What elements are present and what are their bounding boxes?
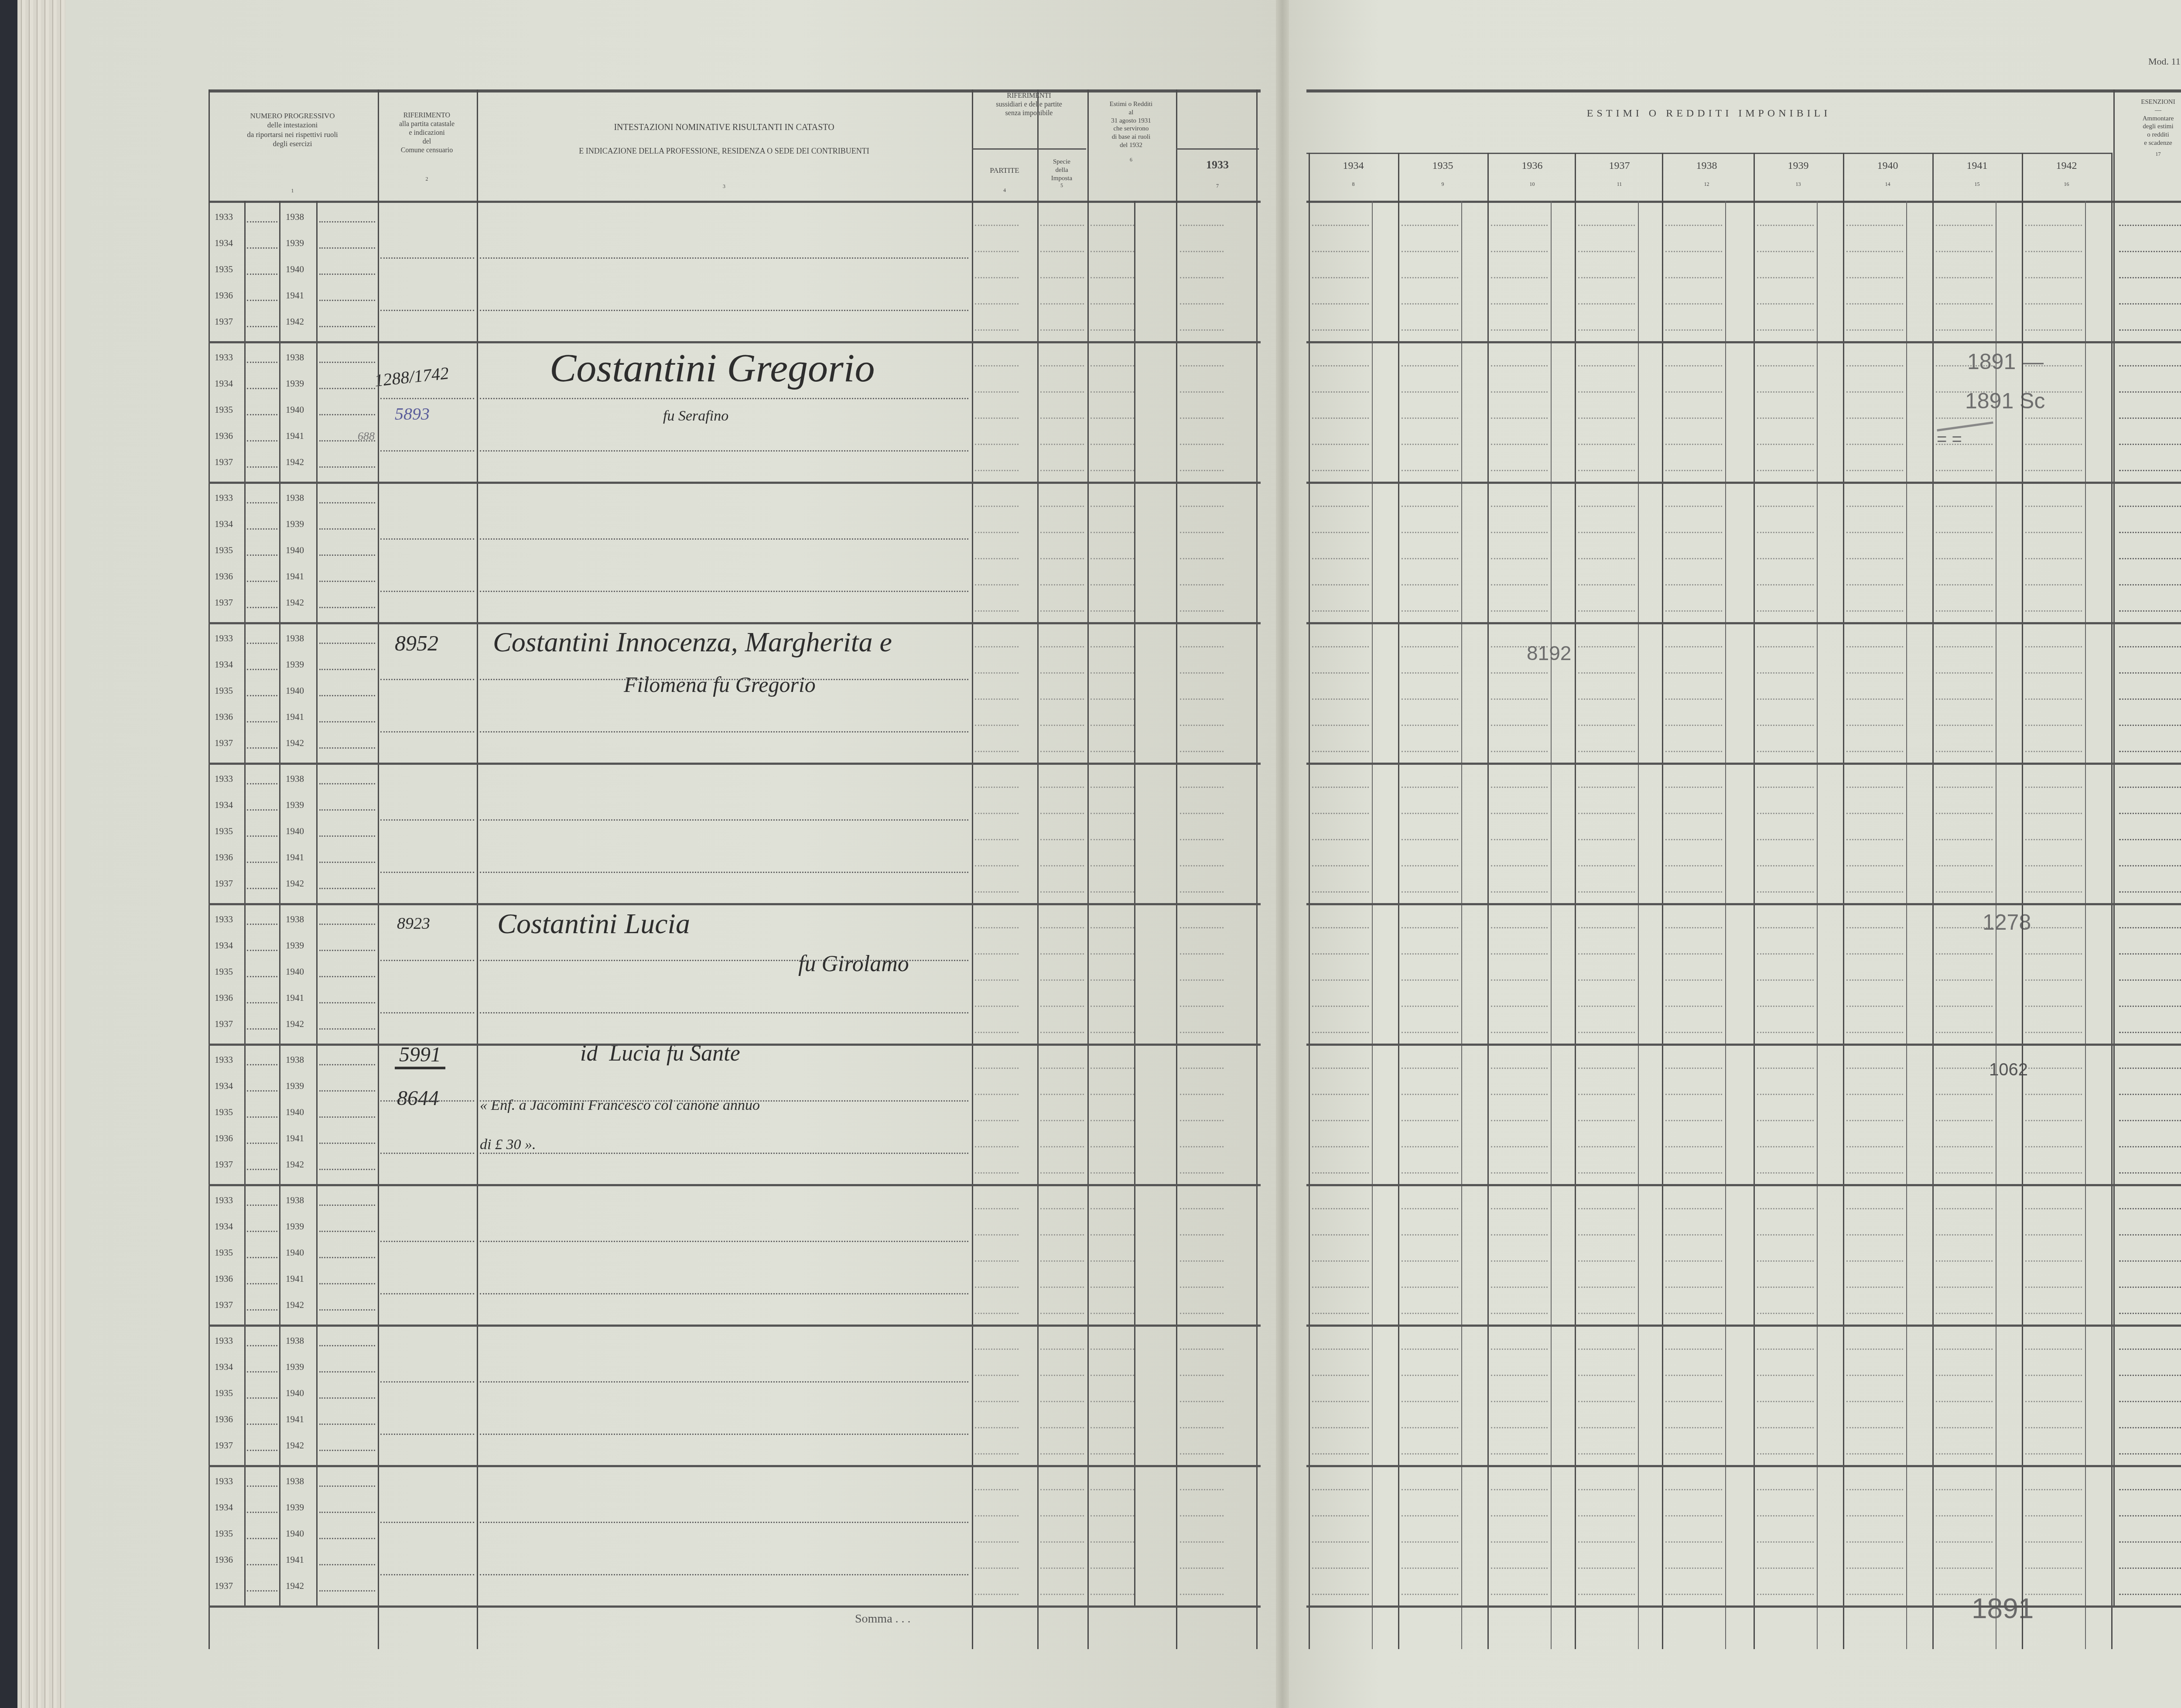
- esenzioni-dotted-line: [2119, 1068, 2181, 1069]
- value-dotted-line: [1491, 1375, 1548, 1376]
- value-dotted-line: [1312, 444, 1369, 445]
- year-label-second: 1942: [286, 457, 304, 468]
- left-value-dotted-line: [1090, 1313, 1134, 1314]
- value-dotted-line: [1578, 444, 1635, 445]
- value-dotted-line: [2025, 725, 2082, 726]
- value-dotted-line: [2025, 277, 2082, 278]
- left-value-dotted-line: [1040, 277, 1084, 278]
- left-value-dotted-line: [1180, 927, 1224, 928]
- value-dotted-line: [1936, 813, 1993, 814]
- left-value-dotted-line: [1040, 839, 1084, 840]
- left-value-dotted-line: [1090, 365, 1134, 366]
- value-dotted-line: [1578, 1515, 1635, 1516]
- entry-2-1941-value: 1891 —: [1967, 349, 2044, 374]
- year-dotted-leader: [247, 326, 277, 327]
- entry-7-name-line3: di £ 30 ».: [480, 1136, 536, 1153]
- esenzioni-dotted-line: [2119, 391, 2181, 393]
- column-number: 12: [1662, 181, 1751, 188]
- value-dotted-line: [2025, 1349, 2082, 1350]
- value-dotted-line: [1936, 558, 1993, 559]
- left-value-dotted-line: [1040, 953, 1084, 955]
- year-dotted-leader: [247, 721, 277, 722]
- value-dotted-line: [1846, 1515, 1903, 1516]
- value-dotted-line: [1665, 927, 1722, 928]
- year-dotted-leader: [247, 221, 277, 222]
- left-value-dotted-line: [1090, 1594, 1134, 1595]
- name-dotted-line: [480, 1153, 968, 1154]
- entry-7-riferimento-sub: 8644: [397, 1086, 439, 1110]
- year-label-second: 1939: [286, 800, 304, 811]
- riferimento-dotted-line: [380, 1293, 474, 1294]
- left-value-dotted-line: [1180, 584, 1224, 585]
- value-dotted-line: [1757, 1068, 1814, 1069]
- value-dotted-line: [1936, 1032, 1993, 1033]
- value-dotted-line: [1665, 698, 1722, 700]
- right-cents-column-rule: [1817, 201, 1818, 1649]
- year-dotted-leader: [319, 747, 375, 749]
- value-dotted-line: [1757, 1427, 1814, 1428]
- left-value-dotted-line: [1040, 558, 1084, 559]
- name-dotted-line: [480, 731, 968, 732]
- value-dotted-line: [1936, 1453, 1993, 1455]
- value-dotted-line: [1757, 1094, 1814, 1095]
- left-value-dotted-line: [975, 1313, 1019, 1314]
- value-dotted-line: [1402, 329, 1458, 331]
- value-dotted-line: [1936, 787, 1993, 788]
- value-dotted-line: [1578, 1287, 1635, 1288]
- year-dotted-leader: [319, 783, 375, 784]
- year-dotted-leader: [247, 1257, 277, 1258]
- left-value-dotted-line: [1180, 1313, 1224, 1314]
- left-value-dotted-line: [1090, 787, 1134, 788]
- value-dotted-line: [1757, 1208, 1814, 1209]
- value-dotted-line: [1578, 646, 1635, 647]
- value-dotted-line: [2025, 444, 2082, 445]
- value-dotted-line: [1312, 1032, 1369, 1033]
- value-dotted-line: [1578, 953, 1635, 955]
- value-dotted-line: [1402, 1541, 1458, 1543]
- left-value-dotted-line: [975, 225, 1019, 226]
- value-dotted-line: [1846, 1094, 1903, 1095]
- left-block-separator: [209, 341, 1261, 343]
- esenzioni-dotted-line: [2119, 251, 2181, 252]
- left-value-dotted-line: [1040, 698, 1084, 700]
- value-dotted-line: [2025, 813, 2082, 814]
- value-dotted-line: [1846, 979, 1903, 981]
- value-dotted-line: [1665, 1172, 1722, 1174]
- left-value-dotted-line: [1090, 391, 1134, 393]
- left-value-dotted-line: [1180, 391, 1224, 393]
- value-dotted-line: [2025, 839, 2082, 840]
- left-column-rule: [378, 89, 379, 1649]
- riferimento-dotted-line: [380, 960, 474, 961]
- value-dotted-line: [1491, 1260, 1548, 1262]
- name-dotted-line: [480, 1522, 968, 1523]
- left-value-dotted-line: [1040, 1515, 1084, 1516]
- value-dotted-line: [1312, 979, 1369, 981]
- year-label-second: 1938: [286, 633, 304, 644]
- right-block-separator: [1306, 1044, 2181, 1046]
- left-top-border: [209, 89, 1261, 92]
- left-value-dotted-line: [1040, 891, 1084, 893]
- year-label-first: 1934: [215, 378, 233, 389]
- value-dotted-line: [1402, 365, 1458, 366]
- esenzioni-dotted-line: [2119, 1541, 2181, 1543]
- year-label-second: 1941: [286, 852, 304, 863]
- entry-2-name-line2: fu Serafino: [663, 408, 728, 424]
- left-value-dotted-line: [975, 698, 1019, 700]
- value-dotted-line: [1665, 1208, 1722, 1209]
- left-value-dotted-line: [1180, 1006, 1224, 1007]
- left-block-separator: [209, 482, 1261, 484]
- value-dotted-line: [1402, 1120, 1458, 1121]
- value-dotted-line: [1665, 391, 1722, 393]
- value-dotted-line: [1491, 1568, 1548, 1569]
- value-dotted-line: [2025, 1068, 2082, 1069]
- year-label-second: 1942: [286, 597, 304, 608]
- left-value-dotted-line: [1180, 1594, 1224, 1595]
- left-block-separator: [209, 1605, 1261, 1608]
- esenzioni-dotted-line: [2119, 584, 2181, 585]
- value-dotted-line: [1846, 698, 1903, 700]
- value-dotted-line: [1846, 391, 1903, 393]
- esenzioni-dotted-line: [2119, 610, 2181, 612]
- value-dotted-line: [1491, 610, 1548, 612]
- left-value-dotted-line: [1090, 329, 1134, 331]
- left-value-dotted-line: [1040, 813, 1084, 814]
- header-specie-imposta: Specie della Imposta 5: [1037, 158, 1086, 189]
- esenzioni-dotted-line: [2119, 979, 2181, 981]
- esenzioni-dotted-line: [2119, 277, 2181, 278]
- entry-4-1936-value: 8192: [1527, 641, 1571, 665]
- left-value-dotted-line: [1040, 1349, 1084, 1350]
- left-value-dotted-line: [1090, 1427, 1134, 1428]
- year-dotted-leader: [319, 221, 375, 222]
- left-value-dotted-line: [1040, 1594, 1084, 1595]
- value-dotted-line: [1578, 1208, 1635, 1209]
- year-dotted-leader: [319, 388, 375, 389]
- value-dotted-line: [1312, 1234, 1369, 1236]
- left-value-dotted-line: [1090, 532, 1134, 533]
- value-dotted-line: [1846, 1146, 1903, 1147]
- year-dotted-leader: [319, 888, 375, 889]
- year-label-first: 1937: [215, 1159, 233, 1170]
- value-dotted-line: [1491, 444, 1548, 445]
- value-dotted-line: [1757, 891, 1814, 893]
- value-dotted-line: [1665, 1594, 1722, 1595]
- value-dotted-line: [1578, 1453, 1635, 1455]
- left-value-dotted-line: [1180, 1489, 1224, 1490]
- value-dotted-line: [1312, 470, 1369, 471]
- value-dotted-line: [1578, 225, 1635, 226]
- left-value-dotted-line: [1180, 1260, 1224, 1262]
- value-dotted-line: [1665, 610, 1722, 612]
- value-dotted-line: [1846, 1120, 1903, 1121]
- left-value-dotted-line: [1180, 1427, 1224, 1428]
- value-dotted-line: [1665, 277, 1722, 278]
- value-dotted-line: [1312, 865, 1369, 866]
- value-dotted-line: [2025, 1568, 2082, 1569]
- year-dotted-leader: [247, 274, 277, 275]
- year-dotted-leader: [247, 1590, 277, 1592]
- value-dotted-line: [1936, 365, 1993, 366]
- value-dotted-line: [1757, 1287, 1814, 1288]
- year-dotted-leader: [319, 1205, 375, 1206]
- left-value-dotted-line: [1040, 251, 1084, 252]
- value-dotted-line: [1936, 329, 1993, 331]
- value-dotted-line: [1665, 303, 1722, 305]
- year-label-second: 1942: [286, 878, 304, 889]
- left-value-dotted-line: [1090, 1349, 1134, 1350]
- esenzioni-dotted-line: [2119, 672, 2181, 674]
- value-dotted-line: [1491, 1594, 1548, 1595]
- year-dotted-leader: [319, 1257, 375, 1258]
- value-dotted-line: [1757, 444, 1814, 445]
- name-dotted-line: [480, 310, 968, 311]
- value-dotted-line: [1578, 1032, 1635, 1033]
- header-esenzioni: ESENZIONI — Ammontare degli estimi o red…: [2113, 98, 2181, 157]
- name-dotted-line: [480, 1434, 968, 1435]
- year-label-first: 1933: [215, 212, 233, 222]
- left-value-dotted-line: [1040, 391, 1084, 393]
- name-dotted-line: [480, 819, 968, 821]
- left-value-dotted-line: [975, 1260, 1019, 1262]
- right-year-column-rule: [1754, 153, 1755, 1649]
- year-dotted-leader: [319, 950, 375, 951]
- column-number: 8: [1309, 181, 1398, 188]
- left-value-dotted-line: [1180, 672, 1224, 674]
- value-dotted-line: [1578, 365, 1635, 366]
- year-label-second: 1941: [286, 712, 304, 722]
- left-value-dotted-line: [1090, 277, 1134, 278]
- year-dotted-leader: [319, 1028, 375, 1030]
- value-dotted-line: [1312, 1172, 1369, 1174]
- left-value-dotted-line: [1090, 1120, 1134, 1121]
- value-dotted-line: [1936, 1094, 1993, 1095]
- esenzioni-dotted-line: [2119, 558, 2181, 559]
- left-value-dotted-line: [1040, 365, 1084, 366]
- left-value-dotted-line: [1090, 1146, 1134, 1147]
- value-dotted-line: [1846, 1208, 1903, 1209]
- header-riferimento: RIFERIMENTO alla partita catastale e ind…: [378, 111, 476, 182]
- left-value-dotted-line: [1180, 225, 1224, 226]
- value-dotted-line: [1846, 1489, 1903, 1490]
- esenzioni-dotted-line: [2119, 1208, 2181, 1209]
- value-dotted-line: [1846, 1006, 1903, 1007]
- year-dotted-leader: [247, 1371, 277, 1373]
- somma-value: 1891: [1972, 1592, 2034, 1625]
- value-dotted-line: [1578, 532, 1635, 533]
- value-dotted-line: [1578, 1068, 1635, 1069]
- left-value-dotted-line: [1090, 927, 1134, 928]
- value-dotted-line: [1578, 506, 1635, 507]
- value-dotted-line: [1665, 470, 1722, 471]
- left-value-dotted-line: [1090, 953, 1134, 955]
- left-value-dotted-line: [1090, 1234, 1134, 1236]
- value-dotted-line: [1402, 1208, 1458, 1209]
- left-value-dotted-line: [1180, 1032, 1224, 1033]
- year-label-second: 1940: [286, 966, 304, 977]
- year-label-second: 1938: [286, 212, 304, 222]
- year-dotted-leader: [247, 1424, 277, 1425]
- value-dotted-line: [1665, 444, 1722, 445]
- header-year-1933: 1933 7: [1176, 158, 1259, 189]
- esenzioni-dotted-line: [2119, 1427, 2181, 1428]
- value-dotted-line: [1312, 1208, 1369, 1209]
- right-year-column-rule: [1662, 153, 1663, 1649]
- value-dotted-line: [1665, 751, 1722, 752]
- year-label-second: 1940: [286, 404, 304, 415]
- right-block-separator: [1306, 622, 2181, 624]
- left-value-dotted-line: [975, 329, 1019, 331]
- year-dotted-leader: [247, 1028, 277, 1030]
- left-block-separator: [209, 1325, 1261, 1327]
- value-dotted-line: [1665, 1349, 1722, 1350]
- year-dotted-leader: [247, 1512, 277, 1513]
- left-value-dotted-line: [1180, 1375, 1224, 1376]
- value-dotted-line: [1402, 1032, 1458, 1033]
- value-dotted-line: [1665, 672, 1722, 674]
- left-value-dotted-line: [1040, 1234, 1084, 1236]
- value-dotted-line: [2025, 1006, 2082, 1007]
- value-dotted-line: [1578, 584, 1635, 585]
- name-dotted-line: [480, 1241, 968, 1242]
- left-value-dotted-line: [1090, 672, 1134, 674]
- year-dotted-leader: [319, 326, 375, 327]
- left-value-dotted-line: [1090, 865, 1134, 866]
- left-value-dotted-line: [1180, 1208, 1224, 1209]
- value-dotted-line: [1312, 891, 1369, 893]
- value-dotted-line: [2025, 506, 2082, 507]
- left-value-dotted-line: [1180, 506, 1224, 507]
- year-dotted-leader: [247, 669, 277, 670]
- value-dotted-line: [2025, 1260, 2082, 1262]
- value-dotted-line: [1846, 1260, 1903, 1262]
- esenzioni-dotted-line: [2119, 813, 2181, 814]
- value-dotted-line: [1312, 1375, 1369, 1376]
- year-dotted-leader: [247, 1116, 277, 1118]
- value-dotted-line: [1491, 1146, 1548, 1147]
- year-dotted-leader: [247, 747, 277, 749]
- esenzioni-dotted-line: [2119, 1489, 2181, 1490]
- left-value-dotted-line: [975, 277, 1019, 278]
- value-dotted-line: [1936, 1120, 1993, 1121]
- year-dotted-leader: [247, 1538, 277, 1539]
- value-dotted-line: [1757, 584, 1814, 585]
- value-dotted-line: [1757, 1541, 1814, 1543]
- year-dotted-leader: [319, 976, 375, 977]
- value-dotted-line: [1578, 725, 1635, 726]
- right-block-separator: [1306, 482, 2181, 484]
- value-dotted-line: [1936, 1541, 1993, 1543]
- value-dotted-line: [1578, 1234, 1635, 1236]
- left-column-rule: [1037, 89, 1039, 1649]
- value-dotted-line: [1491, 1401, 1548, 1402]
- column-number: 13: [1754, 181, 1843, 188]
- year-label-second: 1942: [286, 1440, 304, 1451]
- esenzioni-dotted-line: [2119, 365, 2181, 366]
- year-label-first: 1935: [215, 966, 233, 977]
- year-label: 1939: [1754, 159, 1843, 172]
- left-column-rule: [972, 89, 973, 1649]
- value-dotted-line: [2025, 584, 2082, 585]
- value-dotted-line: [1665, 365, 1722, 366]
- value-dotted-line: [1491, 1541, 1548, 1543]
- value-dotted-line: [1312, 1120, 1369, 1121]
- value-dotted-line: [1757, 610, 1814, 612]
- left-value-dotted-line: [1040, 787, 1084, 788]
- book-gutter: [1276, 0, 1289, 1708]
- value-dotted-line: [1757, 1032, 1814, 1033]
- value-dotted-line: [1757, 225, 1814, 226]
- left-value-dotted-line: [1040, 1287, 1084, 1288]
- riferimento-dotted-line: [380, 679, 474, 680]
- right-block-separator: [1306, 1605, 2181, 1608]
- left-value-dotted-line: [1090, 470, 1134, 471]
- year-label-first: 1936: [215, 1414, 233, 1425]
- value-dotted-line: [1491, 1208, 1548, 1209]
- value-dotted-line: [1665, 329, 1722, 331]
- header-numero-progressivo: NUMERO PROGRESSIVO delle intestazioni da…: [209, 111, 376, 194]
- value-dotted-line: [1402, 470, 1458, 471]
- value-dotted-line: [2025, 979, 2082, 981]
- value-dotted-line: [1846, 813, 1903, 814]
- left-value-dotted-line: [975, 891, 1019, 893]
- name-dotted-line: [480, 872, 968, 873]
- value-dotted-line: [1402, 1401, 1458, 1402]
- esenzioni-dotted-line: [2119, 470, 2181, 471]
- value-dotted-line: [1491, 1453, 1548, 1455]
- value-dotted-line: [1491, 979, 1548, 981]
- year-label-first: 1937: [215, 1300, 233, 1311]
- value-dotted-line: [1846, 1453, 1903, 1455]
- value-dotted-line: [1312, 225, 1369, 226]
- value-dotted-line: [1312, 751, 1369, 752]
- esenzioni-dotted-line: [2119, 725, 2181, 726]
- left-value-dotted-line: [1090, 646, 1134, 647]
- value-dotted-line: [1312, 558, 1369, 559]
- left-value-dotted-line: [1040, 1313, 1084, 1314]
- esenzioni-dotted-line: [2119, 1146, 2181, 1147]
- value-dotted-line: [1578, 1006, 1635, 1007]
- value-dotted-line: [1846, 418, 1903, 419]
- value-dotted-line: [1578, 418, 1635, 419]
- year-dotted-leader: [319, 1450, 375, 1451]
- year-dotted-leader: [319, 1169, 375, 1170]
- year-label-first: 1934: [215, 1081, 233, 1092]
- left-value-dotted-line: [1040, 329, 1084, 331]
- year-label-second: 1941: [286, 1414, 304, 1425]
- left-value-dotted-line: [1040, 1453, 1084, 1455]
- value-dotted-line: [2025, 610, 2082, 612]
- value-dotted-line: [1757, 329, 1814, 331]
- left-value-dotted-line: [1180, 1234, 1224, 1236]
- value-dotted-line: [1936, 979, 1993, 981]
- value-dotted-line: [1757, 1453, 1814, 1455]
- year-dotted-leader: [247, 1486, 277, 1487]
- value-dotted-line: [1578, 1120, 1635, 1121]
- year-dotted-leader: [319, 643, 375, 644]
- left-value-dotted-line: [975, 672, 1019, 674]
- value-dotted-line: [1578, 1427, 1635, 1428]
- value-dotted-line: [1312, 584, 1369, 585]
- left-value-dotted-line: [1180, 610, 1224, 612]
- left-value-dotted-line: [975, 1172, 1019, 1174]
- value-dotted-line: [1757, 1594, 1814, 1595]
- value-dotted-line: [1757, 672, 1814, 674]
- left-value-dotted-line: [1090, 444, 1134, 445]
- value-dotted-line: [1665, 532, 1722, 533]
